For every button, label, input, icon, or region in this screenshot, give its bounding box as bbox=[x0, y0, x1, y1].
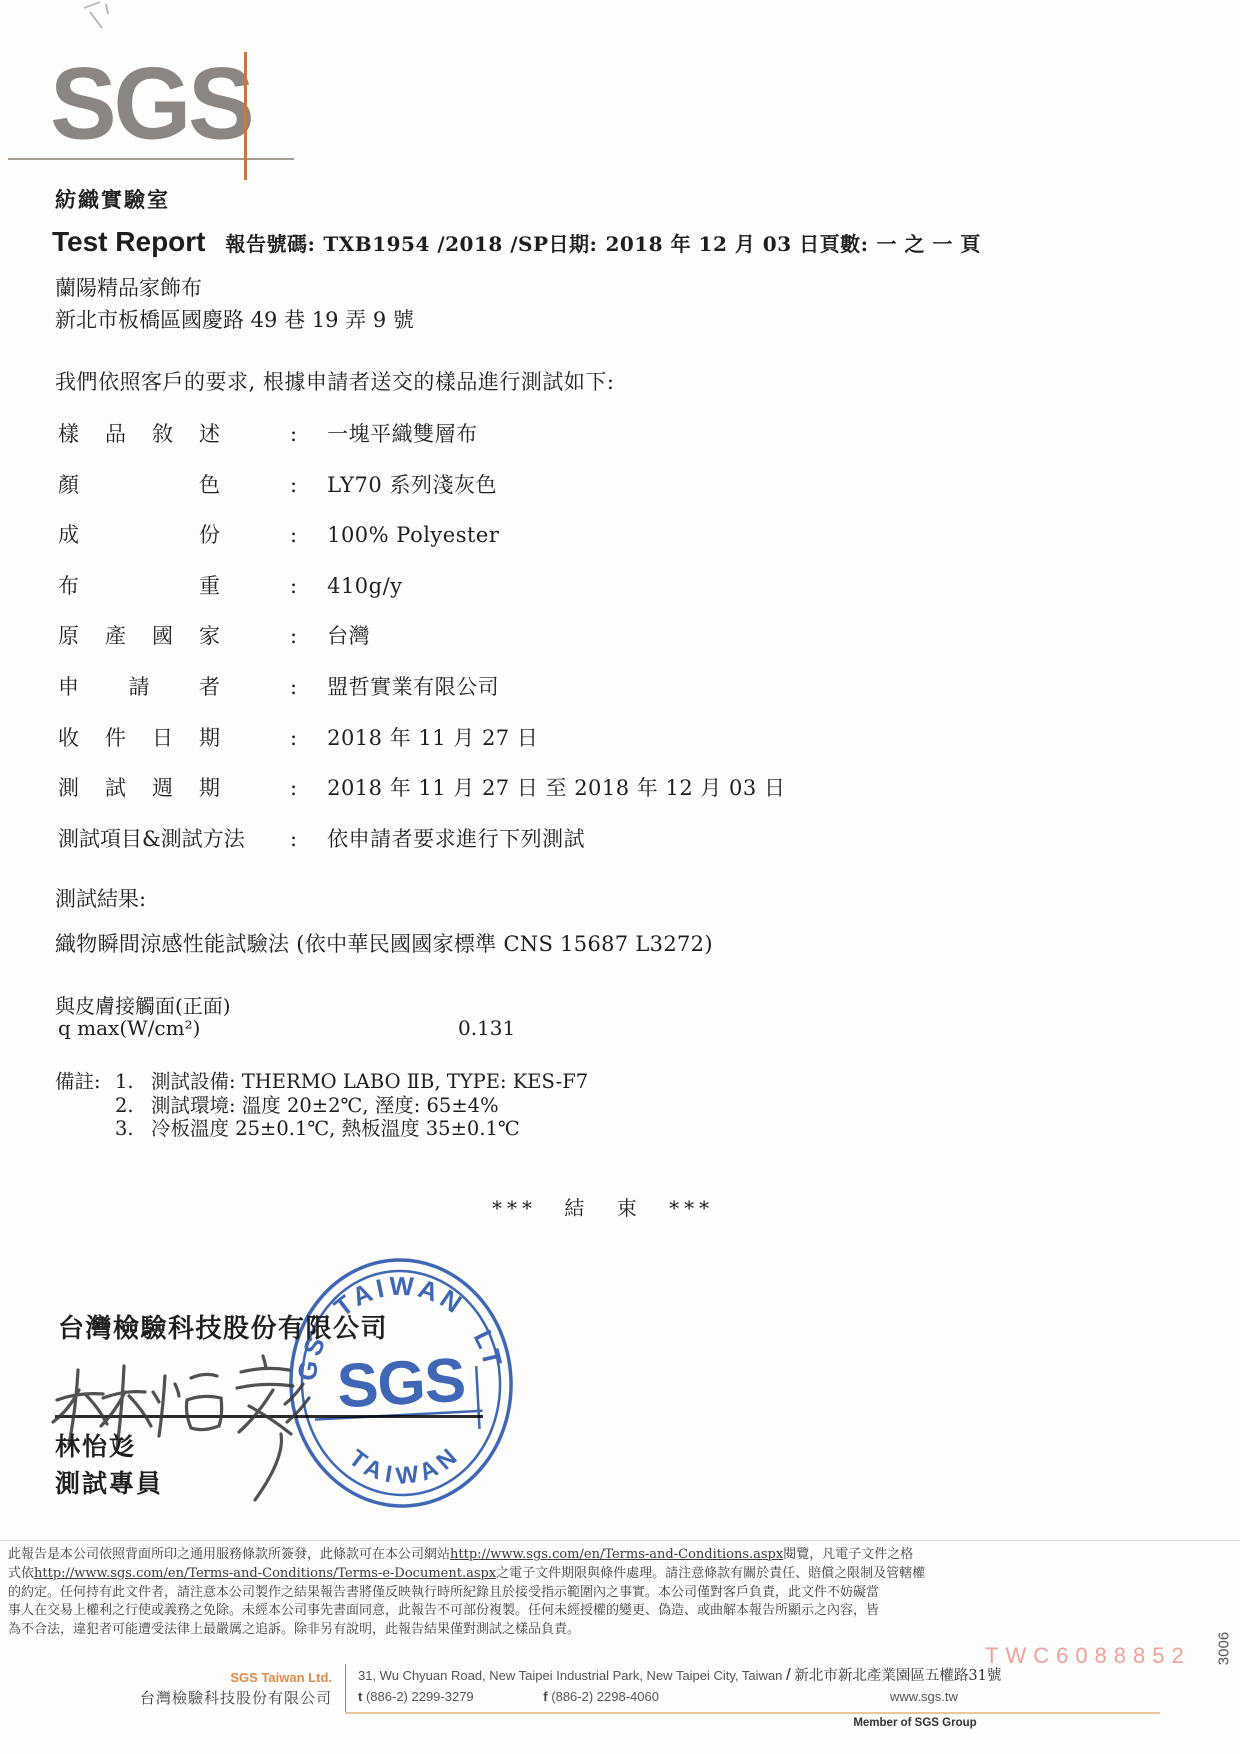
field-label: 顏 色 bbox=[58, 469, 290, 499]
field-label: 原 產 國 家 bbox=[58, 620, 290, 650]
footer-fax-label: f bbox=[543, 1689, 547, 1704]
report-no-value: TXB1954 /2018 /SP bbox=[323, 232, 548, 256]
footer-phone-row: t (886-2) 2299-3279 f (886-2) 2298-4060 bbox=[358, 1689, 659, 1704]
disclaimer: 此報告是本公司依照背面所印之通用服務條款所簽發，此條款可在本公司網站http:/… bbox=[8, 1546, 1158, 1640]
footer-website[interactable]: www.sgs.tw bbox=[890, 1689, 958, 1704]
disclaimer-text: 閱覽，凡電子文件之格 bbox=[783, 1547, 913, 1562]
stamp-crossline bbox=[476, 1366, 479, 1429]
client-block: 蘭陽精品家飾布 新北市板橋區國慶路 49 巷 19 弄 9 號 bbox=[55, 272, 414, 336]
pages-label: 頁數: bbox=[820, 232, 869, 256]
field-value: 2018 年 11 月 27 日 至 2018 年 12 月 03 日 bbox=[327, 772, 785, 802]
pencil-marks bbox=[70, 0, 150, 40]
disclaimer-line: 此報告是本公司依照背面所印之通用服務條款所簽發，此條款可在本公司網站http:/… bbox=[8, 1546, 1158, 1565]
report-meta: 報告號碼:TXB1954 /2018 /SP日期:2018 年 12 月 03 … bbox=[226, 228, 981, 257]
lab-name: 紡織實驗室 bbox=[55, 184, 170, 214]
test-report-page: SGS 紡織實驗室 Test Report 報告號碼:TXB1954 /2018… bbox=[0, 0, 1240, 1754]
footer-fax: (886-2) 2298-4060 bbox=[551, 1689, 659, 1704]
footer-tel: (886-2) 2299-3279 bbox=[366, 1689, 474, 1704]
footer-divider bbox=[345, 1664, 346, 1712]
signer-title: 測試專員 bbox=[55, 1464, 163, 1500]
field-row: 收 件 日 期 : 2018 年 11 月 27 日 bbox=[58, 722, 1058, 773]
field-row: 布 重 : 410g/y bbox=[58, 570, 1058, 621]
field-row: 顏 色 : LY70 系列淺灰色 bbox=[58, 469, 1058, 520]
field-label: 測試項目&測試方法 bbox=[58, 823, 290, 853]
terms-link[interactable]: http://www.sgs.com/en/Terms-and-Conditio… bbox=[450, 1547, 783, 1562]
disclaimer-line: 的約定。任何持有此文件者，請注意本公司製作之結果報告書將僅反映執行時所紀錄且於接… bbox=[8, 1584, 1158, 1603]
disclaimer-line: 式依http://www.sgs.com/en/Terms-and-Condit… bbox=[8, 1565, 1158, 1584]
note-item: 1. 測試設備: THERMO LABO ⅡB, TYPE: KES-F7 bbox=[115, 1070, 588, 1094]
field-value: 410g/y bbox=[327, 574, 402, 598]
field-colon: : bbox=[290, 473, 297, 497]
footer-address: 31, Wu Chyuan Road, New Taipei Industria… bbox=[358, 1664, 1001, 1685]
doc-code: TWC6088852 bbox=[985, 1643, 1191, 1669]
field-value: 台灣 bbox=[327, 620, 370, 650]
field-colon: : bbox=[290, 827, 297, 851]
field-row: 申 請 者 : 盟哲實業有限公司 bbox=[58, 671, 1058, 722]
footer-accent-line bbox=[345, 1712, 1160, 1714]
field-row: 測試項目&測試方法 : 依申請者要求進行下列測試 bbox=[58, 823, 1058, 874]
field-label: 收 件 日 期 bbox=[58, 722, 290, 752]
report-title: Test Report bbox=[52, 226, 206, 258]
field-value: 依申請者要求進行下列測試 bbox=[327, 823, 585, 853]
field-row: 測 試 週 期 : 2018 年 11 月 27 日 至 2018 年 12 月… bbox=[58, 772, 1058, 823]
note-text: 測試環境: 溫度 20±2℃, 溼度: 65±4% bbox=[151, 1094, 499, 1118]
field-value: LY70 系列淺灰色 bbox=[327, 469, 497, 499]
footer-company-en: SGS Taiwan Ltd. bbox=[85, 1670, 332, 1685]
field-label: 樣 品 敘 述 bbox=[58, 418, 290, 448]
field-label: 申 請 者 bbox=[58, 671, 290, 701]
result-surface: 與皮膚接觸面(正面) bbox=[55, 990, 231, 1019]
note-text: 冷板溫度 25±0.1℃, 熱板溫度 35±0.1℃ bbox=[151, 1117, 520, 1141]
disclaimer-text: 的約定。任何持有此文件者，請注意本公司製作之結果報告書將僅反映執行時所紀錄且於接… bbox=[8, 1585, 879, 1600]
result-parameter: q max(W/cm²) bbox=[58, 1016, 200, 1040]
terms-link[interactable]: http://www.sgs.com/en/Terms-and-Conditio… bbox=[34, 1566, 496, 1581]
footer-address-separator: / bbox=[786, 1665, 791, 1684]
date-value: 2018 年 12 月 03 日 bbox=[605, 232, 819, 256]
field-colon: : bbox=[290, 675, 297, 699]
field-colon: : bbox=[290, 574, 297, 598]
disclaimer-text: 為不合法，違犯者可能遭受法律上最嚴厲之追訴。除非另有說明，此報告結果僅對測試之樣… bbox=[8, 1622, 580, 1637]
test-method: 織物瞬間涼感性能試驗法 (依中華民國國家標準 CNS 15687 L3272) bbox=[55, 928, 713, 958]
note-item: 2. 測試環境: 溫度 20±2℃, 溼度: 65±4% bbox=[115, 1094, 588, 1118]
notes-block: 備註: 1. 測試設備: THERMO LABO ⅡB, TYPE: KES-F… bbox=[55, 1070, 588, 1141]
end-marker: *** 結 束 *** bbox=[492, 1192, 714, 1221]
sgs-logo: SGS bbox=[50, 52, 251, 154]
footer-tel-label: t bbox=[358, 1689, 362, 1704]
pages-value: 一 之 一 頁 bbox=[876, 232, 980, 256]
field-colon: : bbox=[290, 422, 297, 446]
footer-member: Member of SGS Group bbox=[810, 1717, 1020, 1729]
disclaimer-text: 之電子文件期限與條件處理。請注意條款有關於責任、賠償之限制及管轄權 bbox=[496, 1566, 925, 1581]
field-colon: : bbox=[290, 776, 297, 800]
footer-company-zh: 台灣檢驗科技股份有限公司 bbox=[60, 1687, 332, 1708]
field-value: 一塊平織雙層布 bbox=[327, 418, 478, 448]
client-address: 新北市板橋區國慶路 49 巷 19 弄 9 號 bbox=[55, 304, 414, 336]
field-label: 布 重 bbox=[58, 570, 290, 600]
note-item: 3. 冷板溫度 25±0.1℃, 熱板溫度 35±0.1℃ bbox=[115, 1117, 588, 1141]
field-value: 盟哲實業有限公司 bbox=[327, 671, 499, 701]
disclaimer-text: 事人在交易上權利之行使或義務之免除。未經本公司事先書面同意，此報告不可部份複製。… bbox=[8, 1603, 879, 1618]
disclaimer-text: 此報告是本公司依照背面所印之通用服務條款所簽發，此條款可在本公司網站 bbox=[8, 1547, 450, 1562]
field-value: 2018 年 11 月 27 日 bbox=[327, 722, 538, 752]
field-colon: : bbox=[290, 726, 297, 750]
note-number: 2. bbox=[115, 1094, 151, 1118]
field-colon: : bbox=[290, 624, 297, 648]
field-colon: : bbox=[290, 523, 297, 547]
notes-label: 備註: bbox=[55, 1070, 115, 1141]
notes-list: 1. 測試設備: THERMO LABO ⅡB, TYPE: KES-F7 2.… bbox=[115, 1070, 588, 1141]
client-name: 蘭陽精品家飾布 bbox=[55, 272, 414, 304]
disclaimer-line: 為不合法，違犯者可能遭受法律上最嚴厲之追訴。除非另有說明，此報告結果僅對測試之樣… bbox=[8, 1621, 1158, 1640]
note-text: 測試設備: THERMO LABO ⅡB, TYPE: KES-F7 bbox=[151, 1070, 588, 1094]
note-number: 1. bbox=[115, 1070, 151, 1094]
results-section-title: 測試結果: bbox=[55, 883, 146, 913]
disclaimer-text: 式依 bbox=[8, 1566, 34, 1581]
disclaimer-divider bbox=[0, 1540, 1240, 1541]
signer-name: 林怡彣 bbox=[55, 1427, 136, 1463]
note-number: 3. bbox=[115, 1117, 151, 1141]
logo-crossline bbox=[244, 52, 247, 180]
footer-address-en: 31, Wu Chyuan Road, New Taipei Industria… bbox=[358, 1668, 782, 1683]
report-no-label: 報告號碼: bbox=[226, 232, 316, 256]
intro-text: 我們依照客戶的要求, 根據申請者送交的樣品進行測試如下: bbox=[55, 366, 614, 396]
field-row: 原 產 國 家 : 台灣 bbox=[58, 620, 1058, 671]
disclaimer-line: 事人在交易上權利之行使或義務之免除。未經本公司事先書面同意，此報告不可部份複製。… bbox=[8, 1602, 1158, 1621]
company-name: 台灣檢驗科技股份有限公司 bbox=[58, 1308, 388, 1345]
field-label: 成 份 bbox=[58, 519, 290, 549]
field-value: 100% Polyester bbox=[327, 523, 499, 547]
sample-fields: 樣 品 敘 述 : 一塊平織雙層布 顏 色 : LY70 系列淺灰色 成 份 :… bbox=[58, 418, 1058, 873]
side-code: 3006 bbox=[1216, 1617, 1233, 1681]
result-value: 0.131 bbox=[458, 1016, 515, 1040]
field-label: 測 試 週 期 bbox=[58, 772, 290, 802]
report-header-row: Test Report 報告號碼:TXB1954 /2018 /SP日期:201… bbox=[52, 226, 981, 258]
footer-address-zh: 新北市新北產業園區五權路31號 bbox=[794, 1668, 1001, 1684]
date-label: 日期: bbox=[549, 232, 598, 256]
logo-underline bbox=[8, 158, 294, 160]
field-row: 成 份 : 100% Polyester bbox=[58, 519, 1058, 570]
field-row: 樣 品 敘 述 : 一塊平織雙層布 bbox=[58, 418, 1058, 469]
